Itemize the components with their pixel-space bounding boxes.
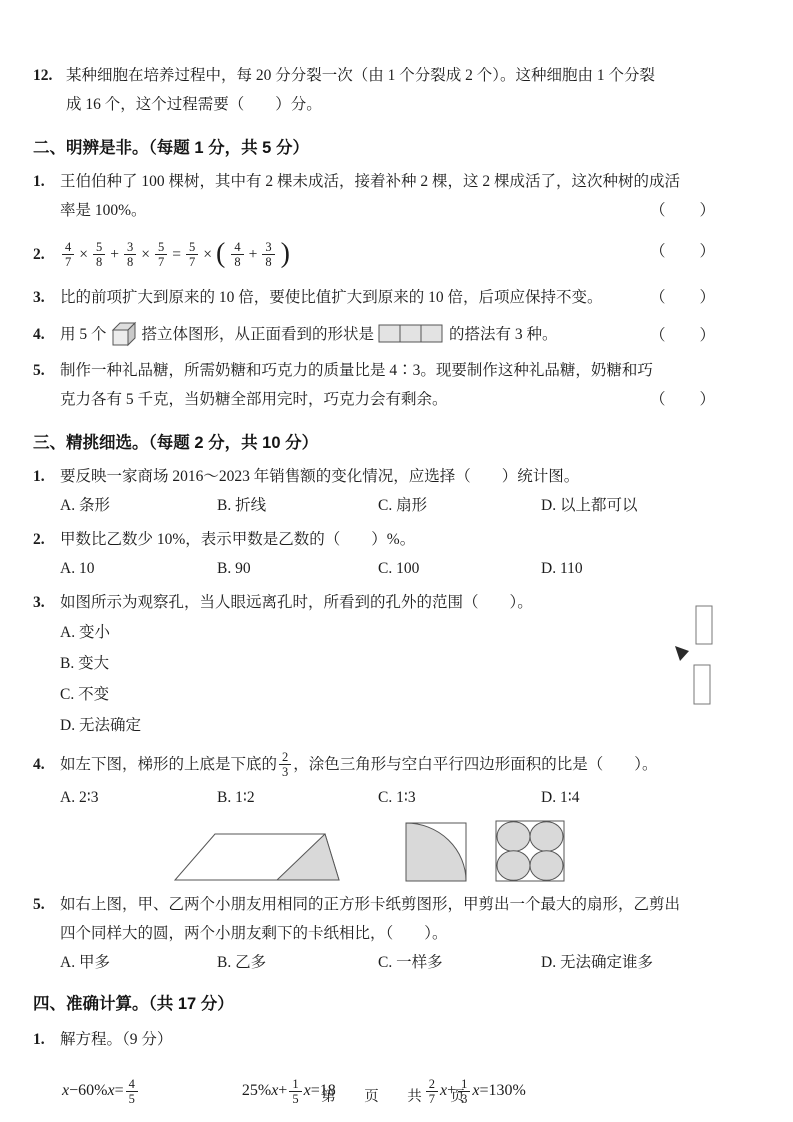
options-row: A. 2∶3 B. 1∶2 C. 1∶3 D. 1∶4 [33, 783, 760, 812]
question-text-part: 搭立体图形，从正面看到的形状是 [142, 320, 375, 349]
options-row: A. 10 B. 90 C. 100 D. 110 [33, 554, 760, 583]
exam-page: 12. 某种细胞在培养过程中，每 20 分分裂一次（由 1 个分裂成 2 个）。… [0, 0, 793, 1122]
option-a: A. 变小 [60, 617, 760, 648]
operator: + [249, 240, 258, 269]
option-c: C. 100 [378, 554, 541, 583]
mc-question-3: 3. 如图所示为观察孔，当人眼远离孔时，所看到的孔外的范围（ ）。 A. 变小 … [33, 588, 760, 741]
sub-question-text: 解方程。（9 分） [60, 1025, 760, 1054]
operator: × [203, 240, 212, 269]
option-d: D. 110 [541, 554, 760, 583]
question-text-line: 成 16 个，这个过程需要（ ）分。 [66, 90, 760, 119]
question-number: 3. [33, 283, 60, 312]
fraction: 48 [231, 240, 243, 269]
mc-question-4: 4. 如左下图，梯形的上底是下底的 23 ，涂色三角形与空白平行四边形面积的比是… [33, 745, 760, 783]
option-c: C. 一样多 [378, 948, 541, 977]
tf-question-1: 1. 王伯伯种了 100 棵树，其中有 2 棵未成活，接着补种 2 棵，这 2 … [33, 167, 760, 225]
mc4-figures-row [173, 820, 760, 882]
answer-bracket: （ ） [650, 283, 716, 312]
quarter-circle-figure [405, 822, 467, 882]
question-stem-line: 四个同样大的圆，两个小朋友剩下的卡纸相比，（ ）。 [60, 919, 760, 948]
answer-bracket: （ ） [650, 385, 716, 414]
option-d: D. 以上都可以 [541, 491, 760, 520]
page-footer: 第 页 共 页 [0, 1085, 793, 1106]
wall-top-rect [696, 606, 712, 644]
question-text-part: 用 5 个 [60, 320, 107, 349]
section-heading-calculation: 四、准确计算。（共 17 分） [33, 989, 760, 1019]
question-number: 3. [33, 588, 60, 617]
question-number: 1. [33, 167, 60, 225]
operator: × [79, 240, 88, 269]
fraction: 47 [62, 240, 74, 269]
left-paren: ( [215, 240, 226, 268]
option-b: B. 乙多 [217, 948, 378, 977]
question-text-line: 王伯伯种了 100 棵树，其中有 2 棵未成活，接着补种 2 棵，这 2 棵成活… [60, 167, 760, 196]
answer-bracket: （ ） [650, 196, 716, 225]
question-number: 2. [33, 240, 60, 269]
operator: = [172, 240, 181, 269]
question-number: 5. [33, 890, 60, 948]
question-number: 4. [33, 320, 60, 349]
question-number: 5. [33, 356, 60, 414]
options-row: A. 甲多 B. 乙多 C. 一样多 D. 无法确定谁多 [33, 948, 760, 977]
operator: × [141, 240, 150, 269]
option-b: B. 变大 [60, 648, 760, 679]
fill-question-12: 12. 某种细胞在培养过程中，每 20 分分裂一次（由 1 个分裂成 2 个）。… [33, 61, 760, 119]
trapezoid-figure [173, 832, 345, 882]
eye-icon [675, 646, 689, 661]
question-number: 2. [33, 525, 60, 554]
option-c: C. 扇形 [378, 491, 541, 520]
wall-bottom-rect [694, 665, 710, 704]
option-d: D. 无法确定 [60, 710, 760, 741]
exam-content: 12. 某种细胞在培养过程中，每 20 分分裂一次（由 1 个分裂成 2 个）。… [33, 57, 760, 1114]
question-number: 1. [33, 462, 60, 491]
four-circles-figure [495, 820, 565, 882]
option-a: A. 10 [60, 554, 217, 583]
tf-question-5: 5. 制作一种礼品糖，所需奶糖和巧克力的质量比是 4∶3。现要制作这种礼品糖，奶… [33, 356, 760, 414]
question-stem-part: 如左下图，梯形的上底是下底的 [60, 750, 277, 779]
right-paren: ) [280, 240, 291, 268]
question-number: 12. [33, 61, 66, 119]
option-a: A. 条形 [60, 491, 217, 520]
mc-question-2: 2. 甲数比乙数少 10%，表示甲数是乙数的（ ）%。 [33, 525, 760, 554]
answer-bracket: （ ） [650, 321, 716, 350]
question-text-line: 制作一种礼品糖，所需奶糖和巧克力的质量比是 4∶3。现要制作这种礼品糖，奶糖和巧 [60, 356, 760, 385]
mc-question-1: 1. 要反映一家商场 2016～2023 年销售额的变化情况，应选择（ ）统计图… [33, 462, 760, 491]
option-d: D. 无法确定谁多 [541, 948, 760, 977]
cube-icon [111, 321, 138, 347]
fraction: 38 [124, 240, 136, 269]
option-b: B. 1∶2 [217, 783, 378, 812]
tf-question-3: 3. 比的前项扩大到原来的 10 倍，要使比值扩大到原来的 10 倍，后项应保持… [33, 283, 760, 312]
operator: + [110, 240, 119, 269]
three-squares-icon [378, 324, 445, 344]
solve-equations-label: 1. 解方程。（9 分） [33, 1025, 760, 1054]
question-stem: 甲数比乙数少 10%，表示甲数是乙数的（ ）%。 [60, 525, 760, 554]
options-column: A. 变小 B. 变大 C. 不变 D. 无法确定 [33, 617, 760, 741]
tf-question-4: 4. 用 5 个 搭立体图形，从正面看到的形状是 的搭法有 3 种。 （ ） [33, 318, 760, 350]
observation-hole-figure [670, 604, 722, 706]
question-stem-line: 如右上图，甲、乙两个小朋友用相同的正方形卡纸剪图形，甲剪出一个最大的扇形，乙剪出 [60, 890, 760, 919]
question-number: 4. [33, 750, 60, 779]
option-a: A. 2∶3 [60, 783, 217, 812]
fraction: 57 [155, 240, 167, 269]
question-stem: 要反映一家商场 2016～2023 年销售额的变化情况，应选择（ ）统计图。 [60, 462, 760, 491]
option-c: C. 1∶3 [378, 783, 541, 812]
sub-question-number: 1. [33, 1025, 60, 1054]
fraction: 57 [186, 240, 198, 269]
section-heading-true-false: 二、明辨是非。（每题 1 分，共 5 分） [33, 133, 760, 163]
option-c: C. 不变 [60, 679, 760, 710]
answer-bracket: （ ） [650, 237, 716, 266]
fraction: 58 [93, 240, 105, 269]
option-d: D. 1∶4 [541, 783, 760, 812]
option-b: B. 90 [217, 554, 378, 583]
option-a: A. 甲多 [60, 948, 217, 977]
section-heading-multiple-choice: 三、精挑细选。（每题 2 分，共 10 分） [33, 428, 760, 458]
question-text-part: 的搭法有 3 种。 [449, 320, 558, 349]
options-row: A. 条形 B. 折线 C. 扇形 D. 以上都可以 [33, 491, 760, 520]
mc-question-5: 5. 如右上图，甲、乙两个小朋友用相同的正方形卡纸剪图形，甲剪出一个最大的扇形，… [33, 890, 760, 948]
question-stem: 如图所示为观察孔，当人眼远离孔时，所看到的孔外的范围（ ）。 [60, 588, 760, 617]
fraction: 38 [262, 240, 274, 269]
option-b: B. 折线 [217, 491, 378, 520]
question-stem-part: ，涂色三角形与空白平行四边形面积的比是（ ）。 [293, 750, 657, 779]
question-text-line: 某种细胞在培养过程中，每 20 分分裂一次（由 1 个分裂成 2 个）。这种细胞… [66, 61, 760, 90]
tf-question-2: 2. 47 × 58 + 38 × 57 = 57 × ( 48 + 38 ) … [33, 232, 760, 276]
fraction: 23 [279, 750, 291, 779]
